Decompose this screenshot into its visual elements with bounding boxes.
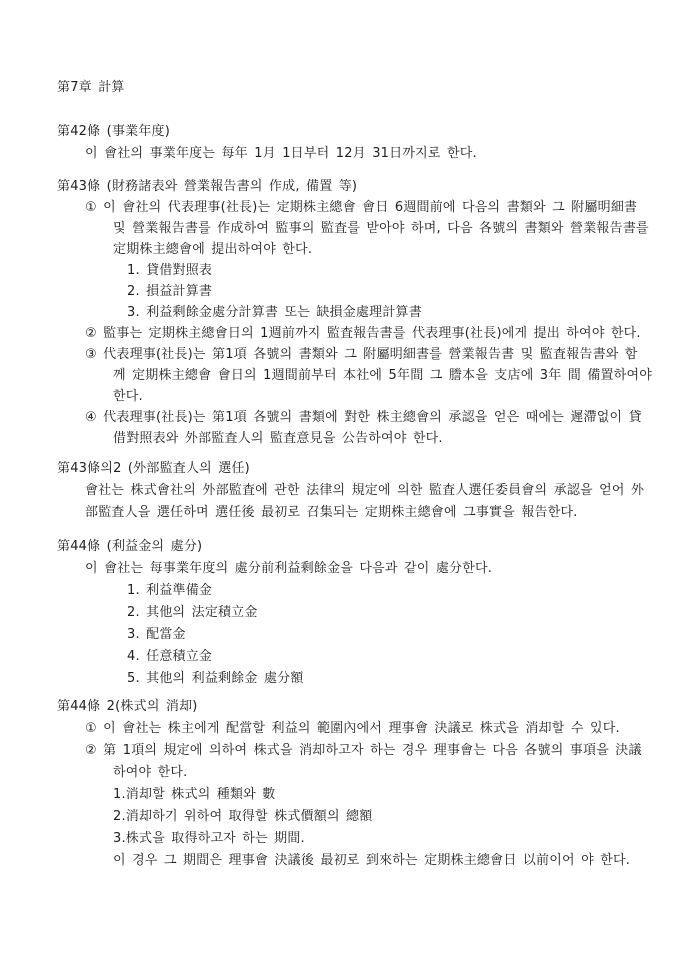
list-item: 1. 貸借對照表 (0, 260, 680, 281)
article-body-line: 이 會社는 每事業年度의 處分前利益剩餘金을 다음과 같이 處分한다. (0, 558, 680, 580)
article-body-line: ① 이 會社는 株主에게 配當할 利益의 範圍內에서 理事會 決議로 株式을 消… (0, 718, 680, 740)
article-body-line: ① 이 會社의 代表理事(社長)는 定期株主總會 會日 6週間前에 다음의 書類… (0, 197, 680, 218)
list-item: 2. 其他의 法定積立金 (0, 602, 680, 624)
article-body-line: 部監査人을 選任하며 選任後 最初로 召集되는 定期株主總會에 그事實을 報告한… (0, 502, 680, 524)
list-item: 5. 其他의 利益剩餘金 處分額 (0, 668, 680, 690)
article-43-2-block: 第43條의2 (外部監査人의 選任)會社는 株式會社의 外部監査에 관한 法律의… (0, 458, 680, 524)
list-item: 4. 任意積立金 (0, 646, 680, 668)
article-body-line: 및 營業報告書를 作成하여 監事의 監査를 받아야 하며, 다음 各號의 書類와… (0, 218, 680, 239)
article-body-line: 하여야 한다. (0, 762, 680, 784)
article-body-line: 이 경우 그 期間은 理事會 決議後 最初로 到來하는 定期株主總會日 以前이어… (0, 850, 680, 872)
list-item: 3. 配當金 (0, 624, 680, 646)
article-body-line: ④ 代表理事(社長)는 第1項 各號의 書類에 對한 株主總會의 承認을 얻은 … (0, 407, 680, 428)
article-heading: 第43條의2 (外部監査人의 選任) (0, 458, 680, 480)
article-heading: 第43條 (財務諸表와 營業報告書의 作成, 備置 等) (0, 176, 680, 197)
article-44-2-block: 第44條 2(株式의 消却)① 이 會社는 株主에게 配當할 利益의 範圍內에서… (0, 696, 680, 872)
chapter-heading-block: 第7章 計算 (0, 77, 680, 99)
list-item: 1. 利益準備金 (0, 580, 680, 602)
article-heading: 第42條 (事業年度) (0, 121, 680, 143)
chapter-heading: 第7章 計算 (0, 77, 680, 99)
list-item: 2.消却하기 위하여 取得할 株式價額의 總額 (0, 806, 680, 828)
document-page: 第7章 計算 第42條 (事業年度)이 會社의 事業年度는 每年 1月 1日부터… (0, 0, 680, 962)
list-item: 3. 利益剩餘金處分計算書 또는 缺損金處理計算書 (0, 302, 680, 323)
article-body-line: ② 第 1項의 規定에 의하여 株式을 消却하고자 하는 경우 理事會는 다음 … (0, 740, 680, 762)
article-body-line: 이 會社의 事業年度는 每年 1月 1日부터 12月 31日까지로 한다. (0, 143, 680, 165)
article-43-block: 第43條 (財務諸表와 營業報告書의 作成, 備置 等)① 이 會社의 代表理事… (0, 176, 680, 449)
list-item: 2. 損益計算書 (0, 281, 680, 302)
article-body-line: ② 監事는 定期株主總會日의 1週前까지 監査報告書를 代表理事(社長)에게 提… (0, 323, 680, 344)
article-body-line: 借對照表와 外部監査人의 監査意見을 公告하여야 한다. (0, 428, 680, 449)
list-item: 3.株式을 取得하고자 하는 期間. (0, 828, 680, 850)
article-body-line: 定期株主總會에 提出하여야 한다. (0, 239, 680, 260)
article-body-line: 한다. (0, 386, 680, 407)
article-heading: 第44條 (利益金의 處分) (0, 536, 680, 558)
article-body-line: 會社는 株式會社의 外部監査에 관한 法律의 規定에 의한 監査人選任委員會의 … (0, 480, 680, 502)
article-heading: 第44條 2(株式의 消却) (0, 696, 680, 718)
article-body-line: 께 定期株主總會 會日의 1週間前부터 本社에 5年間 그 謄本을 支店에 3年… (0, 365, 680, 386)
article-42-block: 第42條 (事業年度)이 會社의 事業年度는 每年 1月 1日부터 12月 31… (0, 121, 680, 165)
article-44-block: 第44條 (利益金의 處分)이 會社는 每事業年度의 處分前利益剩餘金을 다음과… (0, 536, 680, 690)
list-item: 1.消却할 株式의 種類와 數 (0, 784, 680, 806)
article-body-line: ③ 代表理事(社長)는 第1項 各號의 書類와 그 附屬明細書를 營業報告書 및… (0, 344, 680, 365)
